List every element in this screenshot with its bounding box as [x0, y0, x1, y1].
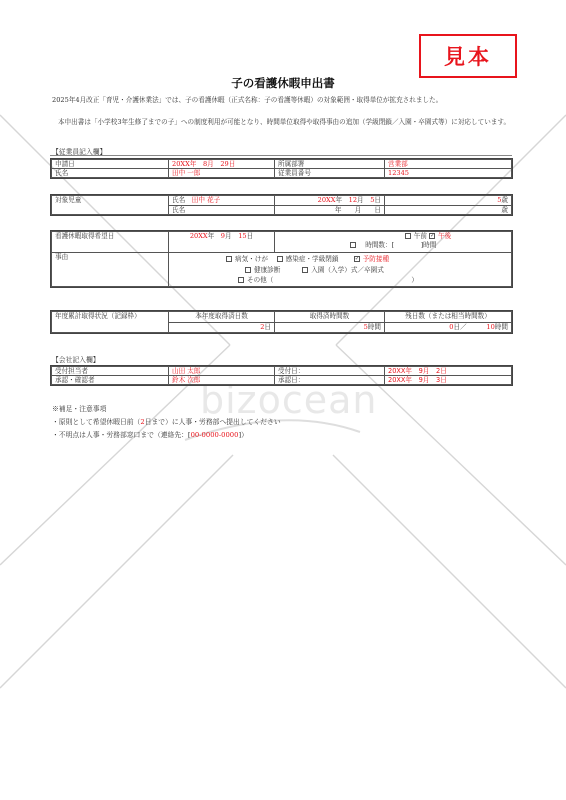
- other-close: ）: [411, 276, 418, 284]
- leave-date-label: 看護休暇取得希望日: [52, 232, 169, 253]
- birth-month: 12: [349, 196, 357, 204]
- hours-unit: 時間: [368, 323, 381, 331]
- application-date-field[interactable]: 20XX年 8月 29日: [169, 160, 275, 169]
- unit-age: 歳: [501, 206, 508, 214]
- reason-options: 病気・けが 感染症・学級閉鎖 予防接種 健康診断 入園（入学）式／卒園式 その他…: [169, 253, 512, 287]
- note2-prefix: ・不明点は人事・労務部窓口まで（連絡先：[: [52, 431, 191, 439]
- header-hours-taken: 取得済時間数: [275, 312, 385, 323]
- child-birthdate-1[interactable]: 20XX年 12月 5日: [275, 196, 385, 206]
- record-table: 年度累計取得状況（記録枠） 本年度取得済日数 取得済時間数 残日数（または相当時…: [51, 311, 512, 333]
- header-days-taken: 本年度取得済日数: [169, 312, 275, 323]
- child-name-label: 氏名: [172, 206, 185, 214]
- hours-checkbox[interactable]: [350, 242, 356, 248]
- reason-label-checkup: 健康診断: [254, 266, 280, 274]
- pm-label: 午後: [438, 232, 451, 240]
- unit-month: 月: [357, 196, 364, 204]
- company-section-heading: 【会社記入欄】: [52, 354, 100, 364]
- employee-no-label: 従業員番号: [275, 169, 385, 178]
- header-remaining: 残日数（または相当時間数）: [385, 312, 512, 323]
- receiver-field[interactable]: 山田 太郎: [169, 367, 275, 376]
- reason-checkbox-illness[interactable]: [226, 256, 232, 262]
- name-field[interactable]: 田中 一郎: [169, 169, 275, 178]
- leave-time-options: 午前 午後 時間数：[ ]時間: [275, 232, 512, 253]
- received-date-field[interactable]: 20XX年 9月 2日: [385, 367, 512, 376]
- reason-checkbox-checkup[interactable]: [245, 267, 251, 273]
- approved-date-field[interactable]: 20XX年 9月 3日: [385, 376, 512, 385]
- hours-taken-field[interactable]: 5時間: [275, 322, 385, 333]
- note-line-2: ・不明点は人事・労務部窓口まで（連絡先：[00-0000-0000]）: [52, 429, 281, 442]
- leave-month: 9: [221, 232, 225, 240]
- name-label: 氏名: [52, 169, 169, 178]
- department-label: 所属部署: [275, 160, 385, 169]
- remaining-field[interactable]: 0日／ 10時間: [385, 322, 512, 333]
- hours-remaining-value: 10: [486, 323, 494, 331]
- reason-checkbox-vaccination[interactable]: [354, 256, 360, 262]
- hours-suffix: ]時間: [421, 241, 437, 249]
- unit-year: 年: [335, 196, 342, 204]
- days-unit: 日: [264, 323, 271, 331]
- reason-checkbox-infection[interactable]: [277, 256, 283, 262]
- reason-checkbox-ceremony[interactable]: [302, 267, 308, 273]
- leave-year: 20XX: [190, 232, 208, 240]
- child-name-label: 氏名: [172, 196, 185, 204]
- section-divider: [50, 155, 512, 156]
- reason-label-other: その他（: [247, 276, 273, 284]
- received-date-label: 受付日：: [275, 367, 385, 376]
- unit-year: 年: [335, 206, 342, 214]
- leave-date-field[interactable]: 20XX年 9月 15日: [169, 232, 275, 253]
- unit-day: 日: [374, 206, 381, 214]
- hours-label: 時間数：[: [365, 241, 394, 249]
- child-age-2[interactable]: 歳: [385, 205, 512, 215]
- document-title: 子の看護休暇申出書: [0, 75, 566, 91]
- contact-phone: 00-0000-0000: [191, 431, 239, 439]
- reason-checkbox-other[interactable]: [238, 277, 244, 283]
- note-line-1: ・原則として希望休暇日前（2日まで）に人事・労務部へ提出してください: [52, 416, 281, 429]
- employee-no-field[interactable]: 12345: [385, 169, 512, 178]
- notes-heading: ※補足・注意事項: [52, 403, 281, 416]
- child-name-cell-2[interactable]: 氏名: [169, 205, 275, 215]
- birth-year: 20XX: [318, 196, 336, 204]
- company-table: 受付担当者 山田 太郎 受付日： 20XX年 9月 2日 承認・確認者 鈴木 次…: [51, 366, 512, 385]
- notes-block: ※補足・注意事項 ・原則として希望休暇日前（2日まで）に人事・労務部へ提出してく…: [52, 403, 281, 442]
- unit-day: 日: [374, 196, 381, 204]
- child-label: 対象児童: [52, 196, 169, 215]
- record-label: 年度累計取得状況（記録枠）: [52, 312, 169, 333]
- approver-label: 承認・確認者: [52, 376, 169, 385]
- approver-field[interactable]: 鈴木 次郎: [169, 376, 275, 385]
- child-table: 対象児童 氏名 田中 花子 20XX年 12月 5日 5歳 氏名 年 月 日 歳: [51, 195, 512, 215]
- intro-paragraph-1: 2025年4月改正「育児・介護休業法」では、子の看護休暇（正式名称：子の看護等休…: [52, 96, 520, 104]
- unit-month: 月: [355, 206, 362, 214]
- receiver-label: 受付担当者: [52, 367, 169, 376]
- department-field[interactable]: 営業部: [385, 160, 512, 169]
- child-name-cell-1[interactable]: 氏名 田中 花子: [169, 196, 275, 206]
- hours-remaining-unit: 時間: [495, 323, 508, 331]
- am-label: 午前: [414, 232, 427, 240]
- reason-label-vaccination: 予防接種: [363, 255, 389, 263]
- unit-age: 歳: [501, 196, 508, 204]
- leave-table: 看護休暇取得希望日 20XX年 9月 15日 午前 午後 時間数：[ ]時間 事…: [51, 231, 512, 287]
- intro-paragraph-2: 本申出書は「小学校3年生修了までの子」への制度利用が可能となり、時間単位取得や取…: [52, 118, 520, 126]
- reason-label-infection: 感染症・学級閉鎖: [286, 255, 339, 263]
- note1-prefix: ・原則として希望休暇日前（: [52, 418, 140, 426]
- child-age-1[interactable]: 5歳: [385, 196, 512, 206]
- child-birthdate-2[interactable]: 年 月 日: [275, 205, 385, 215]
- am-checkbox[interactable]: [405, 233, 411, 239]
- child-name-value: 田中 花子: [192, 196, 220, 204]
- note1-suffix: 日まで）に人事・労務部へ提出してください: [145, 418, 281, 426]
- approved-date-label: 承認日：: [275, 376, 385, 385]
- reason-label-illness: 病気・けが: [235, 255, 268, 263]
- reason-label-ceremony: 入園（入学）式／卒園式: [311, 266, 384, 274]
- days-taken-field[interactable]: 2日: [169, 322, 275, 333]
- note2-suffix: ]）: [238, 431, 247, 439]
- leave-day: 15: [238, 232, 246, 240]
- sample-stamp: 見本: [419, 34, 517, 78]
- employee-table: 申請日 20XX年 8月 29日 所属部署 営業部 氏名 田中 一郎 従業員番号…: [51, 159, 512, 178]
- pm-checkbox[interactable]: [429, 233, 435, 239]
- reason-label: 事由: [52, 253, 169, 287]
- days-remaining-unit: 日／: [453, 323, 466, 331]
- application-date-label: 申請日: [52, 160, 169, 169]
